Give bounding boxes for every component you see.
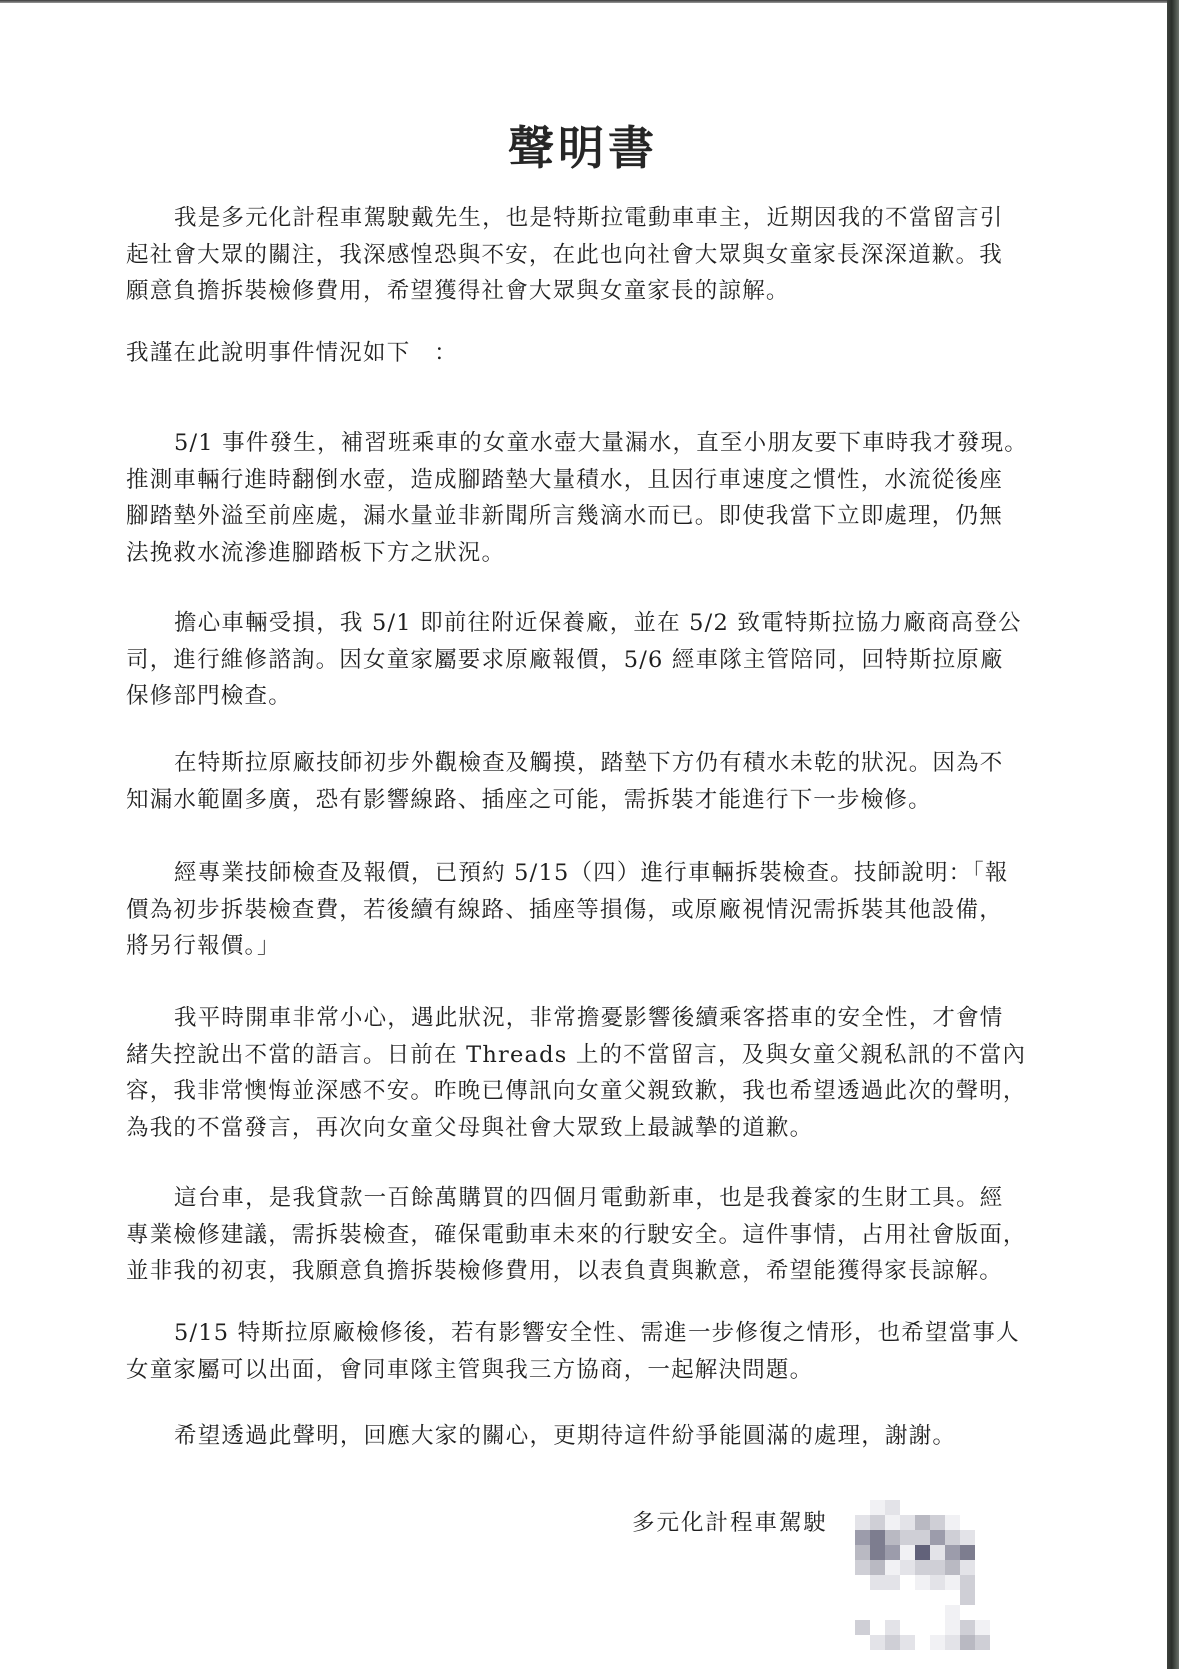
mosaic-cell [975,1500,990,1515]
mosaic-cell [975,1590,990,1605]
mosaic-cell [945,1560,960,1575]
mosaic-cell [915,1530,930,1545]
paragraph-line: 腳踏墊外溢至前座處，漏水量並非新聞所言幾滴水而已。即使我當下立即處理，仍無 [126,498,1051,535]
mosaic-cell [960,1635,975,1650]
mosaic-cell [960,1545,975,1560]
paragraph-line: 起社會大眾的關注，我深感惶恐與不安，在此也向社會大眾與女童家長深深道歉。我 [126,237,1051,274]
mosaic-cell [840,1515,855,1530]
paragraph-line: 法挽救水流滲進腳踏板下方之狀況。 [126,535,1051,572]
paragraph-quote: 經專業技師檢查及報價，已預約 5/15（四）進行車輛拆裝檢查。技師說明：「報 價… [126,855,1051,965]
mosaic-cell [975,1560,990,1575]
mosaic-cell [855,1500,870,1515]
mosaic-cell [840,1590,855,1605]
paragraph-line: 容，我非常懊悔並深感不安。昨晚已傳訊向女童父親致歉，我也希望透過此次的聲明， [126,1073,1051,1110]
scan-right-border [1167,0,1179,1669]
mosaic-cell [885,1500,900,1515]
statement-page: 聲明書 我是多元化計程車駕駛戴先生，也是特斯拉電動車車主，近期因我的不當留言引 … [0,0,1166,1669]
paragraph-line: 將另行報價。」 [126,928,1051,965]
mosaic-cell [930,1605,945,1620]
mosaic-cell [915,1515,930,1530]
mosaic-cell [930,1545,945,1560]
mosaic-cell [870,1590,885,1605]
mosaic-cell [900,1515,915,1530]
paragraph-line: 在特斯拉原廠技師初步外觀檢查及觸摸，踏墊下方仍有積水未乾的狀況。因為不 [126,745,1051,782]
mosaic-cell [930,1575,945,1590]
mosaic-cell [885,1575,900,1590]
mosaic-cell [855,1560,870,1575]
mosaic-cell [870,1560,885,1575]
mosaic-cell [885,1545,900,1560]
mosaic-cell [870,1620,885,1635]
mosaic-cell [915,1560,930,1575]
mosaic-cell [900,1560,915,1575]
mosaic-cell [870,1575,885,1590]
paragraph-line: 這台車，是我貸款一百餘萬購買的四個月電動新車，也是我養家的生財工具。經 [126,1180,1051,1217]
mosaic-cell [975,1635,990,1650]
paragraph-line: 擔心車輛受損，我 5/1 即前往附近保養廠，並在 5/2 致電特斯拉協力廠商高登… [126,605,1051,642]
mosaic-cell [975,1575,990,1590]
mosaic-cell [930,1560,945,1575]
mosaic-cell [900,1620,915,1635]
mosaic-cell [840,1530,855,1545]
mosaic-cell [870,1605,885,1620]
mosaic-cell [855,1590,870,1605]
mosaic-cell [960,1530,975,1545]
mosaic-cell [855,1515,870,1530]
mosaic-cell [885,1605,900,1620]
paragraph-intro: 我是多元化計程車駕駛戴先生，也是特斯拉電動車車主，近期因我的不當留言引 起社會大… [126,200,1051,310]
mosaic-cell [885,1620,900,1635]
mosaic-cell [900,1530,915,1545]
paragraph-line: 5/1 事件發生，補習班乘車的女童水壺大量漏水，直至小朋友要下車時我才發現。 [126,425,1051,462]
mosaic-cell [975,1620,990,1635]
paragraph-line: 我平時開車非常小心，遇此狀況，非常擔憂影響後續乘客搭車的安全性，才會情 [126,1000,1051,1037]
mosaic-cell [945,1620,960,1635]
mosaic-cell [900,1575,915,1590]
paragraph-negotiation: 5/15 特斯拉原廠檢修後，若有影響安全性、需進一步修復之情形，也希望當事人 女… [126,1315,1051,1388]
paragraph-line: 願意負擔拆裝檢修費用，希望獲得社會大眾與女童家長的諒解。 [126,273,1051,310]
mosaic-cell [945,1635,960,1650]
mosaic-cell [930,1620,945,1635]
mosaic-cell [975,1530,990,1545]
mosaic-cell [855,1545,870,1560]
mosaic-cell [915,1545,930,1560]
mosaic-cell [945,1605,960,1620]
mosaic-cell [930,1590,945,1605]
redacted-signature-mosaic [840,1500,990,1650]
mosaic-cell [870,1545,885,1560]
paragraph-repair-inquiry: 擔心車輛受損，我 5/1 即前往附近保養廠，並在 5/2 致電特斯拉協力廠商高登… [126,605,1051,715]
mosaic-cell [855,1620,870,1635]
mosaic-cell [960,1500,975,1515]
mosaic-cell [930,1635,945,1650]
mosaic-cell [900,1605,915,1620]
mosaic-cell [915,1605,930,1620]
paragraph-closing: 希望透過此聲明，回應大家的關心，更期待這件紛爭能圓滿的處理，謝謝。 [126,1418,1051,1455]
mosaic-cell [855,1530,870,1545]
paragraph-line: 緒失控說出不當的語言。日前在 Threads 上的不當留言，及與女童父親私訊的不… [126,1037,1051,1074]
mosaic-cell [870,1635,885,1650]
mosaic-cell [870,1515,885,1530]
mosaic-cell [945,1575,960,1590]
mosaic-cell [960,1620,975,1635]
mosaic-cell [915,1575,930,1590]
paragraph-line: 知漏水範圍多廣，恐有影響線路、插座之可能，需拆裝才能進行下一步檢修。 [126,782,1051,819]
mosaic-cell [960,1560,975,1575]
mosaic-cell [960,1575,975,1590]
paragraph-line: 為我的不當發言，再次向女童父母與社會大眾致上最誠摯的道歉。 [126,1110,1051,1147]
mosaic-cell [945,1500,960,1515]
paragraph-line: 推測車輛行進時翻倒水壺，造成腳踏墊大量積水，且因行車速度之慣性，水流從後座 [126,462,1051,499]
mosaic-cell [900,1635,915,1650]
paragraph-line: 保修部門檢查。 [126,678,1051,715]
mosaic-cell [870,1530,885,1545]
mosaic-cell [945,1515,960,1530]
mosaic-cell [840,1620,855,1635]
mosaic-cell [885,1515,900,1530]
mosaic-cell [975,1545,990,1560]
paragraph-explanation-lead: 我謹在此說明事件情況如下 ： [126,335,1051,372]
paragraph-incident: 5/1 事件發生，補習班乘車的女童水壺大量漏水，直至小朋友要下車時我才發現。 推… [126,425,1051,571]
mosaic-cell [870,1500,885,1515]
mosaic-cell [915,1500,930,1515]
paragraph-line: 專業檢修建議，需拆裝檢查，確保電動車未來的行駛安全。這件事情，占用社會版面， [126,1217,1051,1254]
mosaic-cell [900,1500,915,1515]
document-title: 聲明書 [0,112,1166,178]
mosaic-cell [945,1530,960,1545]
mosaic-cell [945,1590,960,1605]
paragraph-line: 經專業技師檢查及報價，已預約 5/15（四）進行車輛拆裝檢查。技師說明：「報 [126,855,1051,892]
mosaic-cell [930,1515,945,1530]
mosaic-cell [885,1560,900,1575]
mosaic-cell [855,1635,870,1650]
mosaic-cell [975,1605,990,1620]
paragraph-line: 價為初步拆裝檢查費，若後續有線路、插座等損傷，或原廠視情況需拆裝其他設備， [126,892,1051,929]
paragraph-line: 5/15 特斯拉原廠檢修後，若有影響安全性、需進一步修復之情形，也希望當事人 [126,1315,1051,1352]
mosaic-cell [975,1515,990,1530]
paragraph-vehicle: 這台車，是我貸款一百餘萬購買的四個月電動新車，也是我養家的生財工具。經 專業檢修… [126,1180,1051,1290]
mosaic-cell [840,1560,855,1575]
paragraph-apology: 我平時開車非常小心，遇此狀況，非常擔憂影響後續乘客搭車的安全性，才會情 緒失控說… [126,1000,1051,1146]
paragraph-line: 希望透過此聲明，回應大家的關心，更期待這件紛爭能圓滿的處理，謝謝。 [126,1418,1051,1455]
mosaic-cell [930,1530,945,1545]
mosaic-cell [915,1620,930,1635]
mosaic-cell [840,1605,855,1620]
paragraph-inspection: 在特斯拉原廠技師初步外觀檢查及觸摸，踏墊下方仍有積水未乾的狀況。因為不 知漏水範… [126,745,1051,818]
mosaic-cell [960,1590,975,1605]
mosaic-cell [840,1500,855,1515]
mosaic-cell [855,1605,870,1620]
paragraph-line: 司，進行維修諮詢。因女童家屬要求原廠報價，5/6 經車隊主管陪同，回特斯拉原廠 [126,642,1051,679]
paragraph-line: 我謹在此說明事件情況如下 ： [126,335,1051,372]
mosaic-cell [900,1545,915,1560]
paragraph-line: 女童家屬可以出面，會同車隊主管與我三方協商，一起解決問題。 [126,1352,1051,1389]
mosaic-cell [960,1605,975,1620]
mosaic-cell [885,1530,900,1545]
mosaic-cell [840,1635,855,1650]
paragraph-line: 並非我的初衷，我願意負擔拆裝檢修費用，以表負責與歉意，希望能獲得家長諒解。 [126,1253,1051,1290]
mosaic-cell [960,1515,975,1530]
mosaic-cell [840,1545,855,1560]
signature-label: 多元化計程車駕駛 [632,1505,828,1537]
mosaic-cell [945,1545,960,1560]
mosaic-cell [840,1575,855,1590]
mosaic-cell [855,1575,870,1590]
mosaic-cell [900,1590,915,1605]
mosaic-cell [915,1590,930,1605]
mosaic-cell [885,1590,900,1605]
mosaic-cell [915,1635,930,1650]
mosaic-cell [885,1635,900,1650]
paragraph-line: 我是多元化計程車駕駛戴先生，也是特斯拉電動車車主，近期因我的不當留言引 [126,200,1051,237]
mosaic-cell [930,1500,945,1515]
